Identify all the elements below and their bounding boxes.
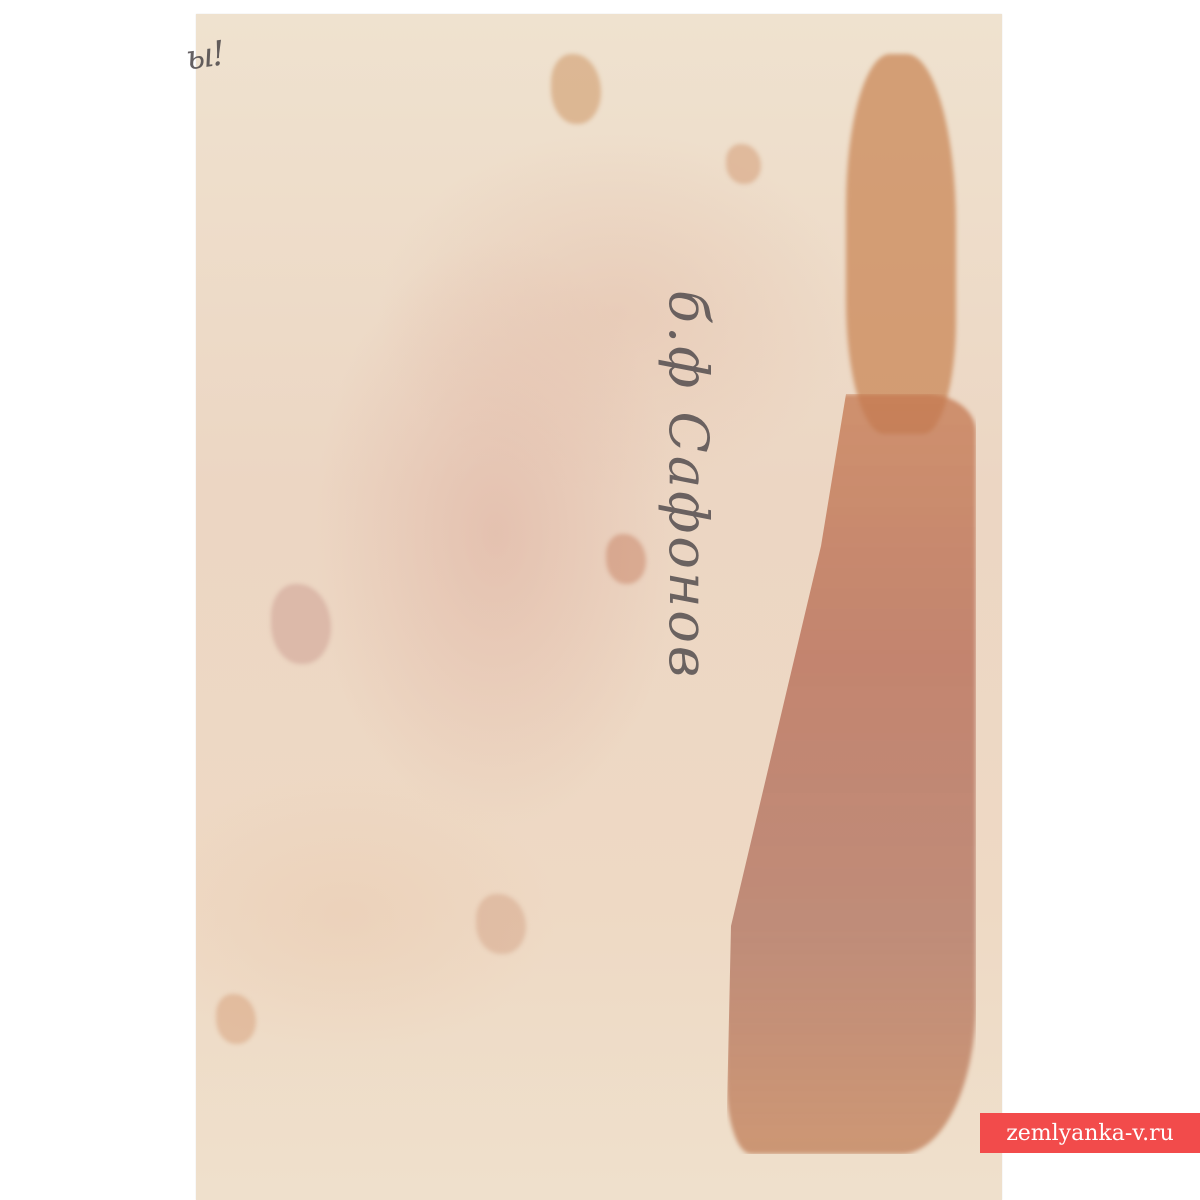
stain bbox=[726, 144, 761, 184]
stain bbox=[726, 394, 976, 1154]
handwritten-note-text: б.ф Сафонов bbox=[657, 290, 720, 680]
stain bbox=[476, 894, 526, 954]
stain bbox=[846, 54, 956, 434]
photo-back bbox=[196, 14, 1002, 1200]
corner-pencil-mark: ы! bbox=[183, 34, 226, 79]
stain bbox=[216, 994, 256, 1044]
watermark-badge: zemlyanka-v.ru bbox=[980, 1113, 1200, 1153]
stain bbox=[551, 54, 601, 124]
watermark-text: zemlyanka-v.ru bbox=[1006, 1121, 1174, 1146]
handwritten-note: б.ф Сафонов bbox=[640, 290, 720, 890]
stain bbox=[271, 584, 331, 664]
